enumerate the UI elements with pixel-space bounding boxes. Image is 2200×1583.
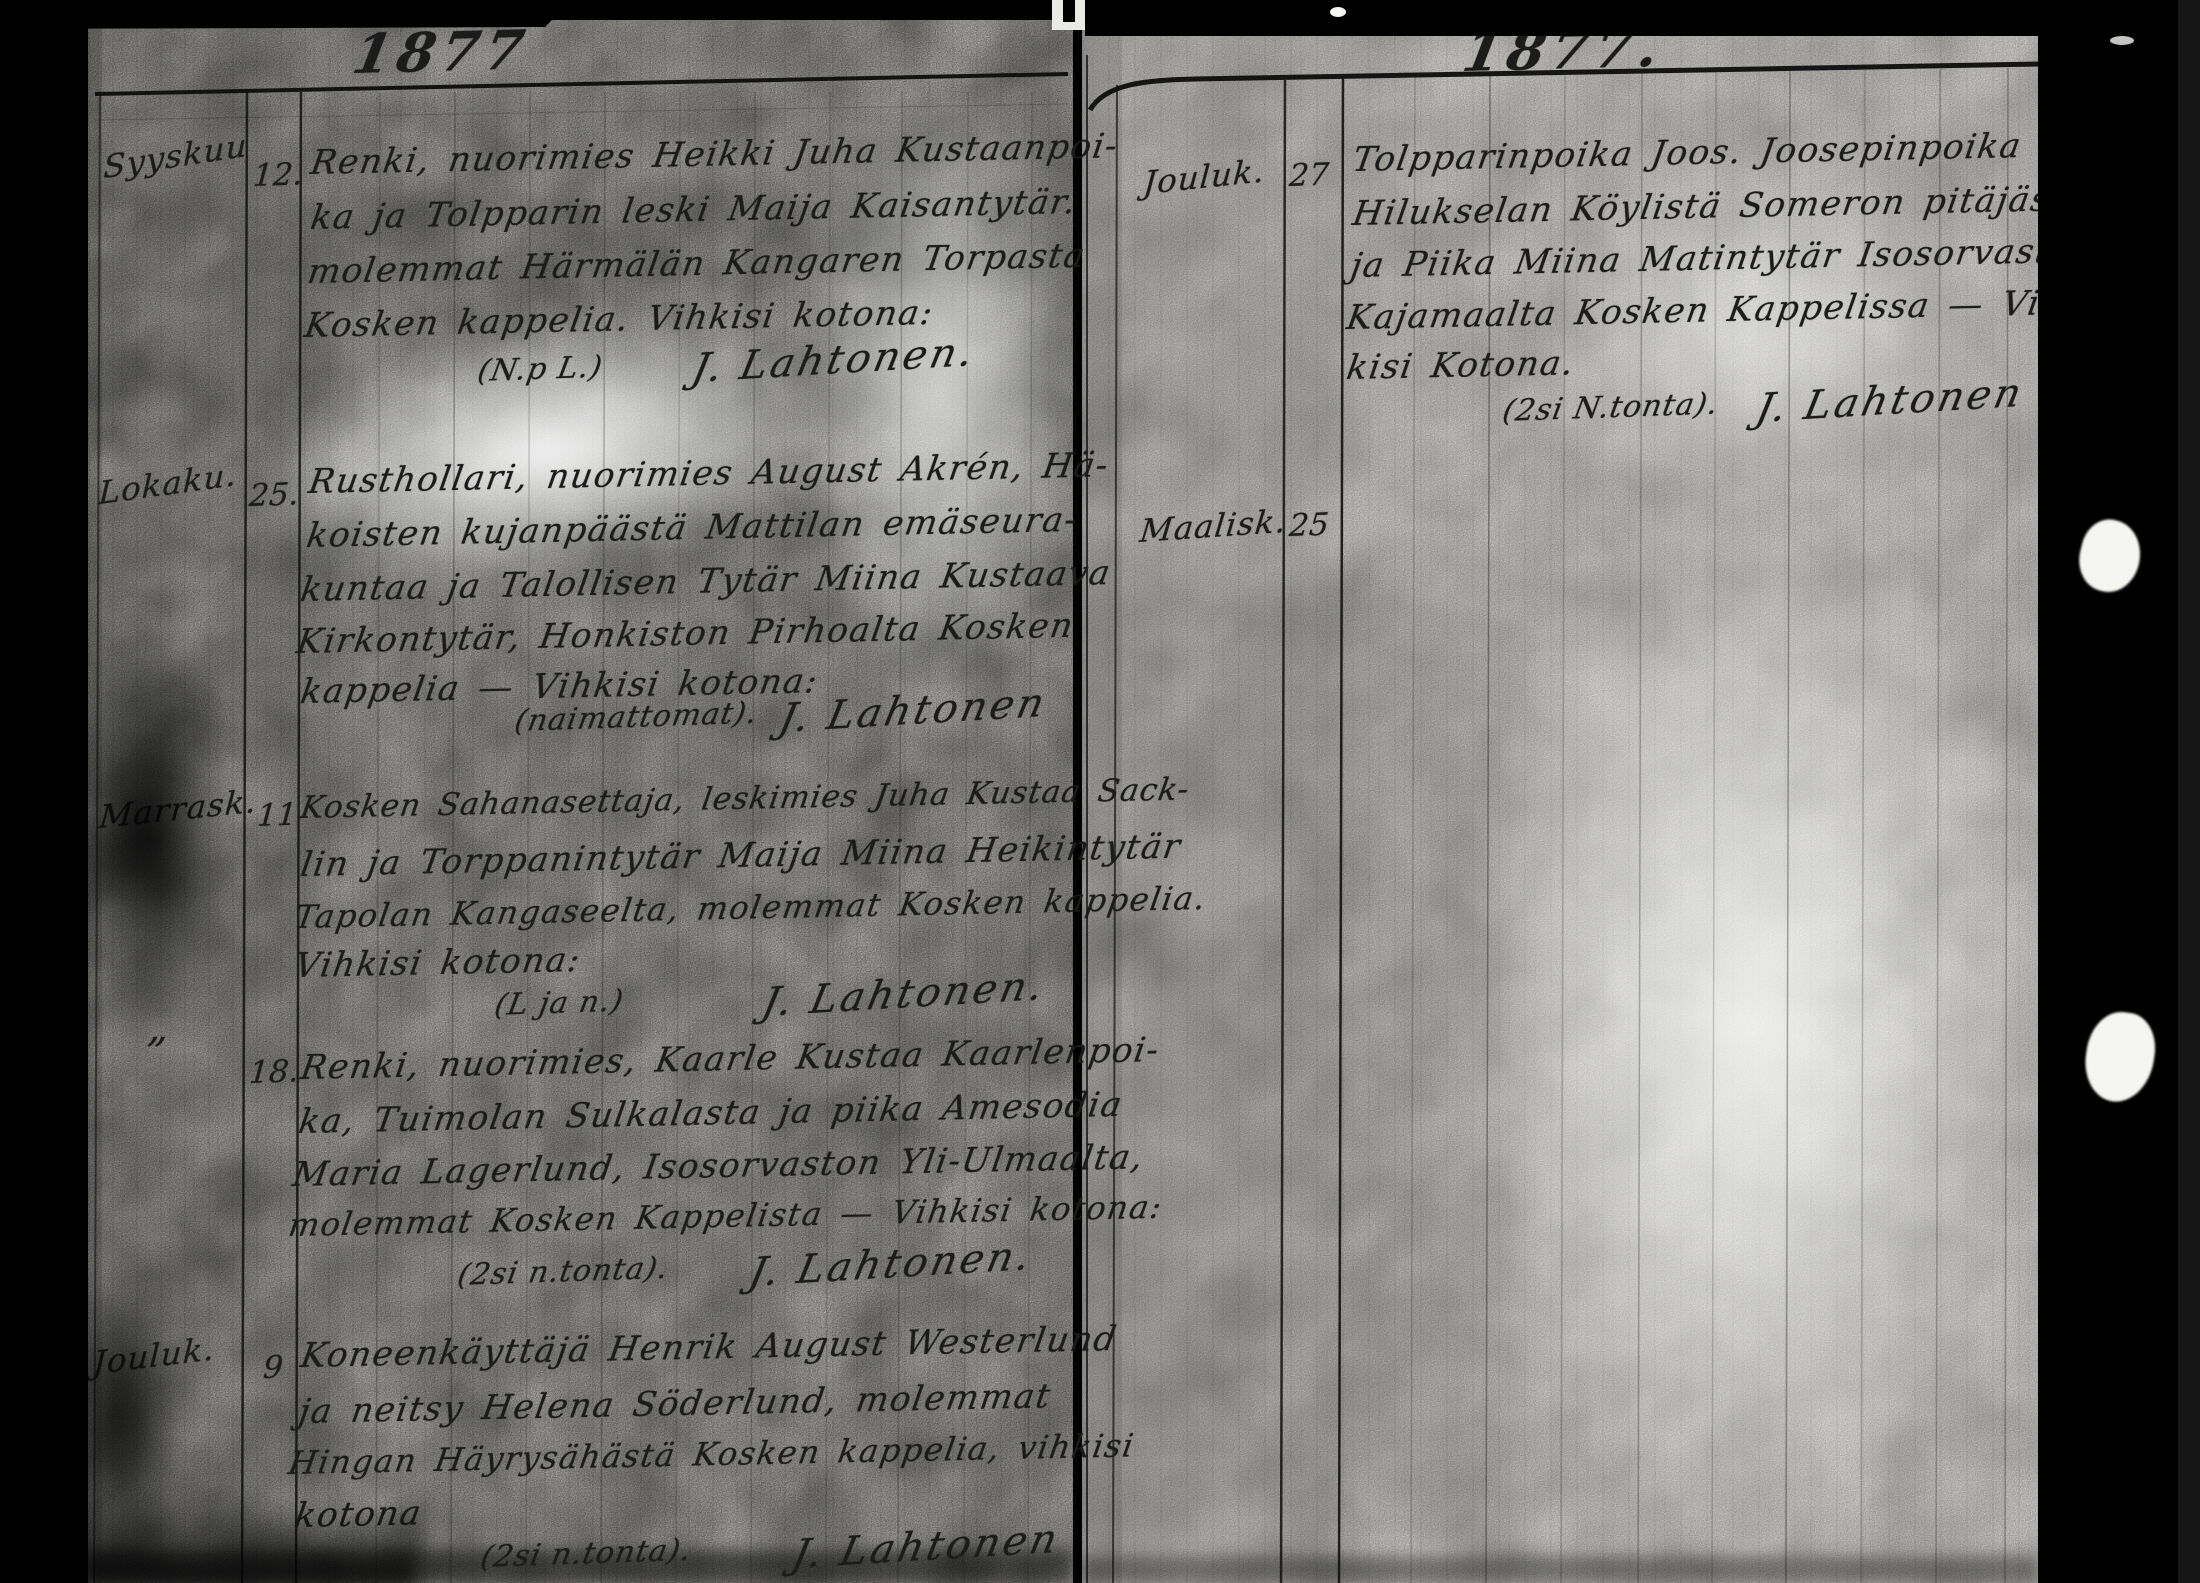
record-line: Vihkisi kotona: — [292, 940, 584, 986]
entry-date-day: 9 — [262, 1349, 284, 1386]
entry-date-day: 11 — [256, 797, 298, 834]
entry-date-day: 25. — [248, 476, 300, 514]
bright-patch — [1442, 478, 2038, 1578]
record-line: kotona — [292, 1493, 425, 1536]
top-scan-border-right — [1085, 0, 2200, 36]
border-speck — [2110, 36, 2134, 45]
entry-date-day: 27 — [1288, 157, 1330, 194]
bottom-shadow-band — [1082, 1556, 2038, 1583]
year-heading-left: 1877 — [348, 17, 535, 86]
scanned-book-spread: 1877 Syyskuu 12. Renki, nuorimies Heikki… — [0, 0, 2200, 1583]
record-line: kisi Kotona. — [1344, 343, 1578, 388]
right-scan-border — [2038, 0, 2200, 1583]
entry-date-day: 12. — [252, 156, 304, 194]
entry-date-day: 25 — [1288, 507, 1330, 544]
entry-note: (L ja n.) — [492, 984, 627, 1023]
gutter-top-clip — [1063, 0, 1075, 22]
entry-date-day: 18. — [248, 1053, 300, 1091]
entry-note: (N.p L.) — [475, 350, 606, 389]
left-scan-border — [0, 0, 88, 1583]
top-border-speck — [1330, 7, 1346, 17]
